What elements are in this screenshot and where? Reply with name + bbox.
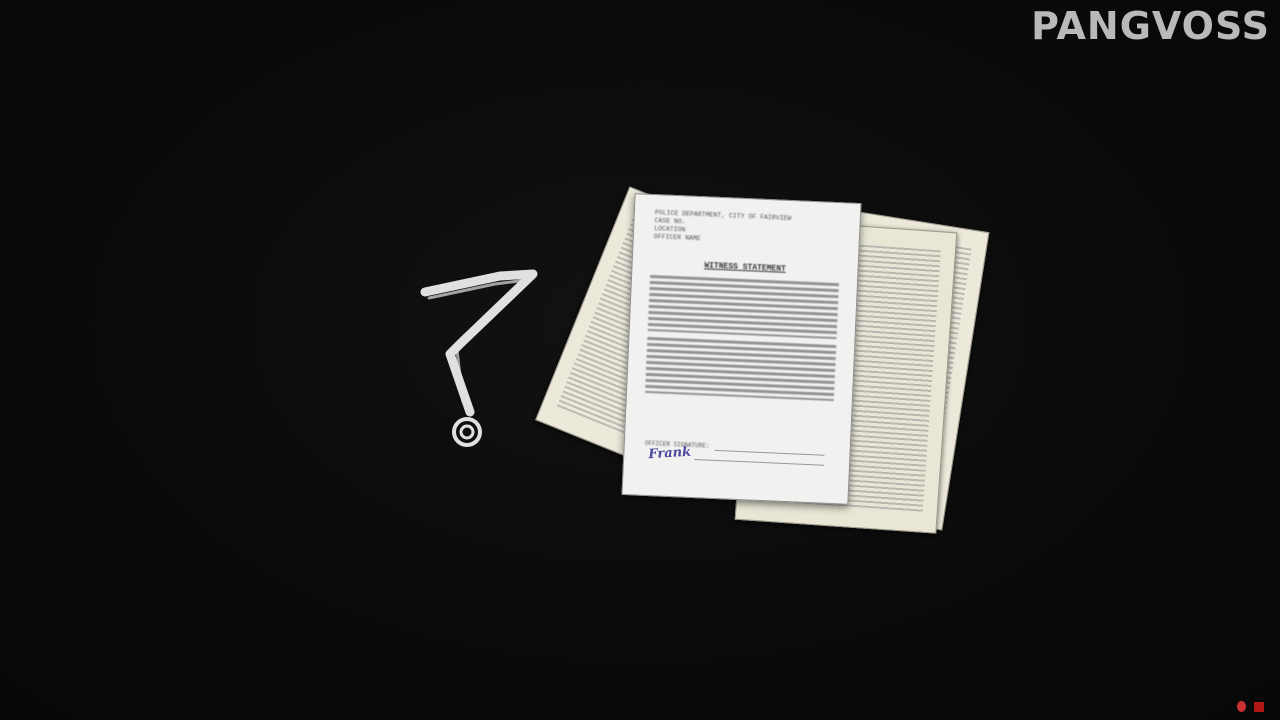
signature: Frank bbox=[648, 445, 692, 463]
document-title: WITNESS STATEMENT bbox=[632, 258, 857, 277]
document-paragraph bbox=[645, 337, 836, 401]
subscribe-icon bbox=[1254, 702, 1264, 712]
question-mark-icon bbox=[415, 262, 545, 457]
signature-line bbox=[715, 450, 825, 456]
document-paragraph bbox=[648, 275, 839, 339]
witness-statement-document: POLICE DEPARTMENT, CITY OF FAIRVIEW CASE… bbox=[622, 193, 862, 505]
document-header: POLICE DEPARTMENT, CITY OF FAIRVIEW CASE… bbox=[654, 209, 792, 247]
brand-logo-icon bbox=[1237, 701, 1246, 712]
signature-line bbox=[694, 459, 824, 466]
channel-watermark: PANGVOSS bbox=[1031, 4, 1270, 48]
corner-badge bbox=[1237, 701, 1264, 712]
